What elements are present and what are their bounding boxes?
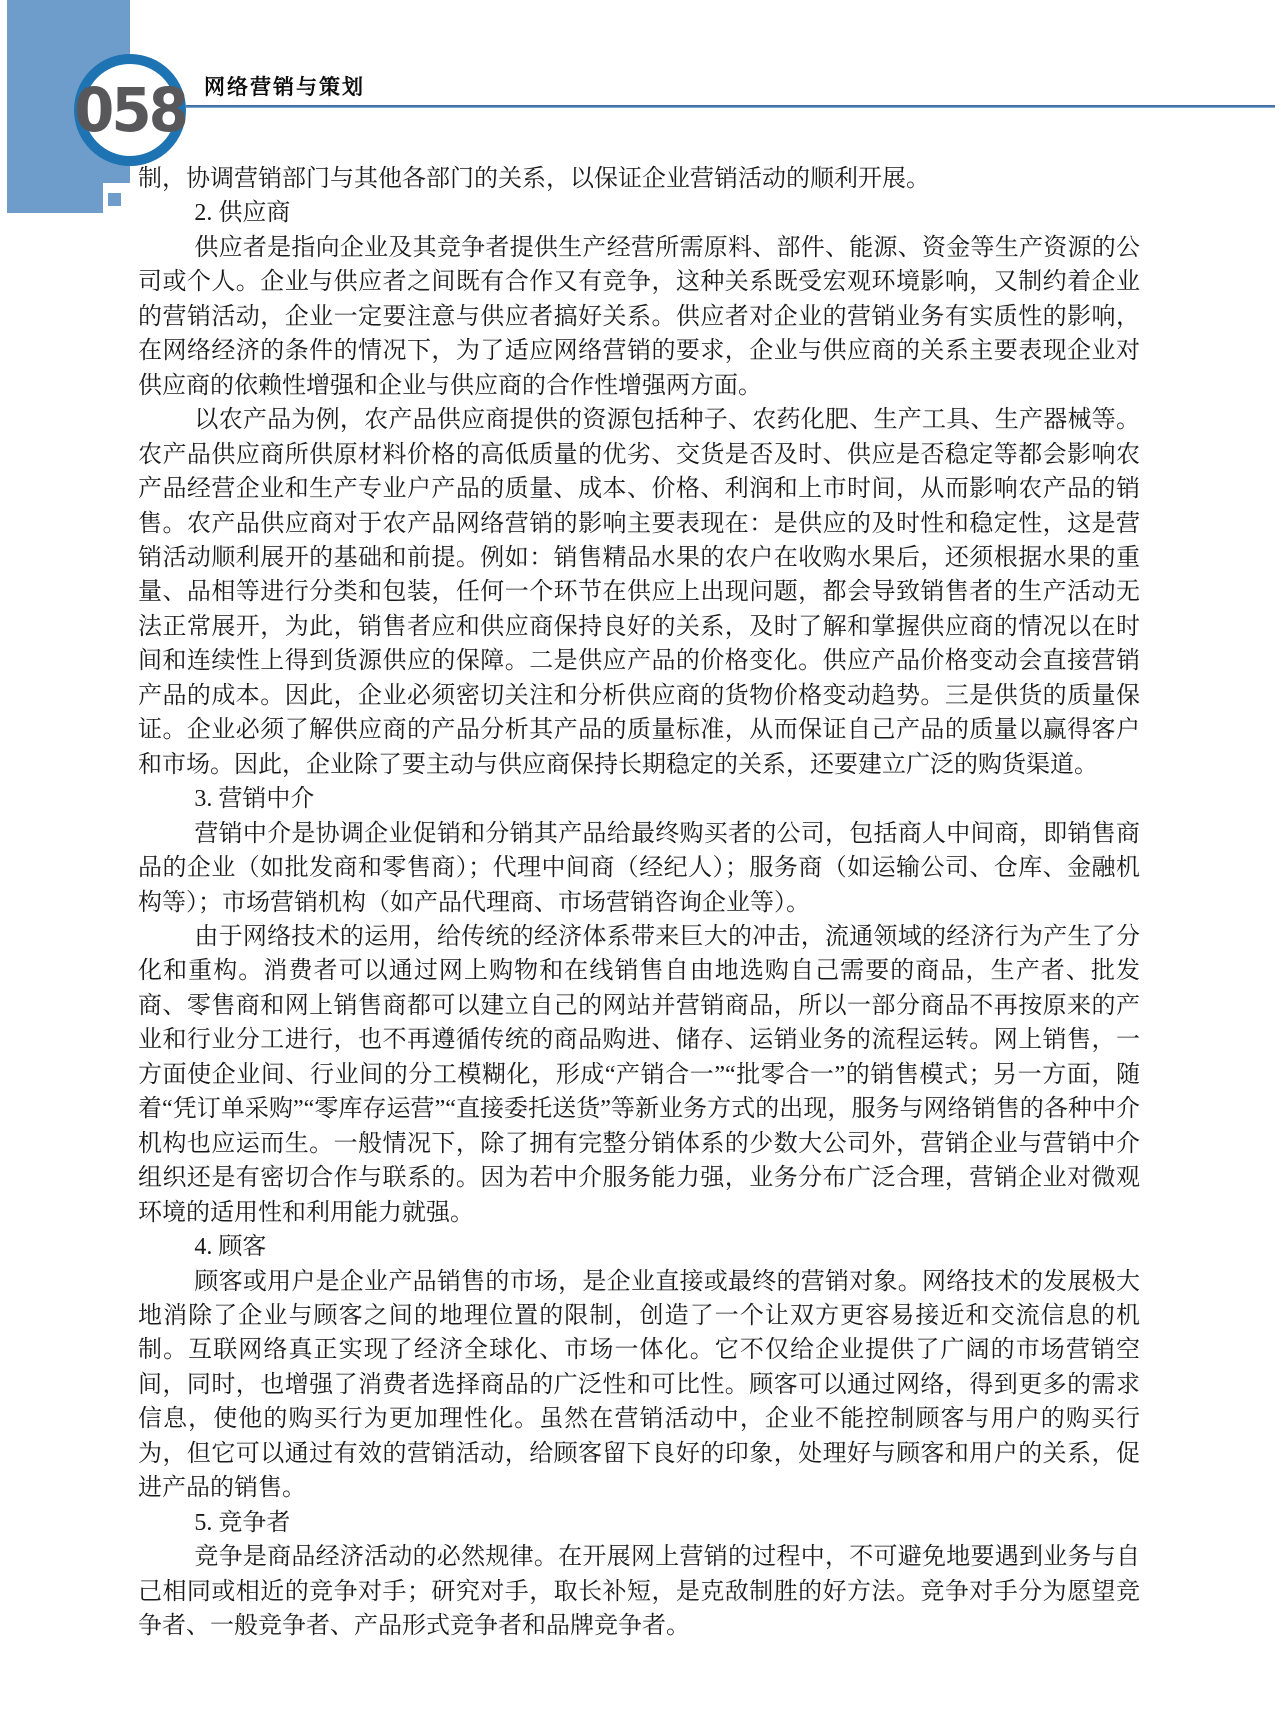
section-heading: 5. 竞争者 — [138, 1506, 1140, 1540]
paragraph: 由于网络技术的运用，给传统的经济体系带来巨大的冲击，流通领域的经济行为产生了分化… — [138, 920, 1140, 1230]
paragraph: 营销中介是协调企业促销和分销其产品给最终购买者的公司，包括商人中间商，即销售商品… — [138, 817, 1140, 920]
page-number-badge: 058 — [74, 54, 186, 166]
header-decoration-step — [7, 183, 103, 213]
section-heading: 2. 供应商 — [138, 196, 1140, 230]
header-rule — [186, 105, 1275, 108]
paragraph: 制，协调营销部门与其他各部门的关系，以保证企业营销活动的顺利开展。 — [138, 162, 1140, 196]
section-heading: 4. 顾客 — [138, 1230, 1140, 1264]
page-content: 制，协调营销部门与其他各部门的关系，以保证企业营销活动的顺利开展。2. 供应商供… — [138, 162, 1140, 1643]
book-page: 058 网络营销与策划 制，协调营销部门与其他各部门的关系，以保证企业营销活动的… — [0, 0, 1275, 1718]
paragraph: 顾客或用户是企业产品销售的市场，是企业直接或最终的营销对象。网络技术的发展极大地… — [138, 1265, 1140, 1506]
paragraph: 以农产品为例，农产品供应商提供的资源包括种子、农药化肥、生产工具、生产器械等。农… — [138, 403, 1140, 782]
paragraph: 竞争是商品经济活动的必然规律。在开展网上营销的过程中，不可避免地要遇到业务与自己… — [138, 1540, 1140, 1643]
paragraph: 供应者是指向企业及其竞争者提供生产经营所需原料、部件、能源、资金等生产资源的公司… — [138, 231, 1140, 403]
page-number: 058 — [74, 74, 186, 145]
section-heading: 3. 营销中介 — [138, 782, 1140, 816]
book-title: 网络营销与策划 — [204, 71, 365, 101]
header-decoration-pixel — [108, 193, 121, 206]
